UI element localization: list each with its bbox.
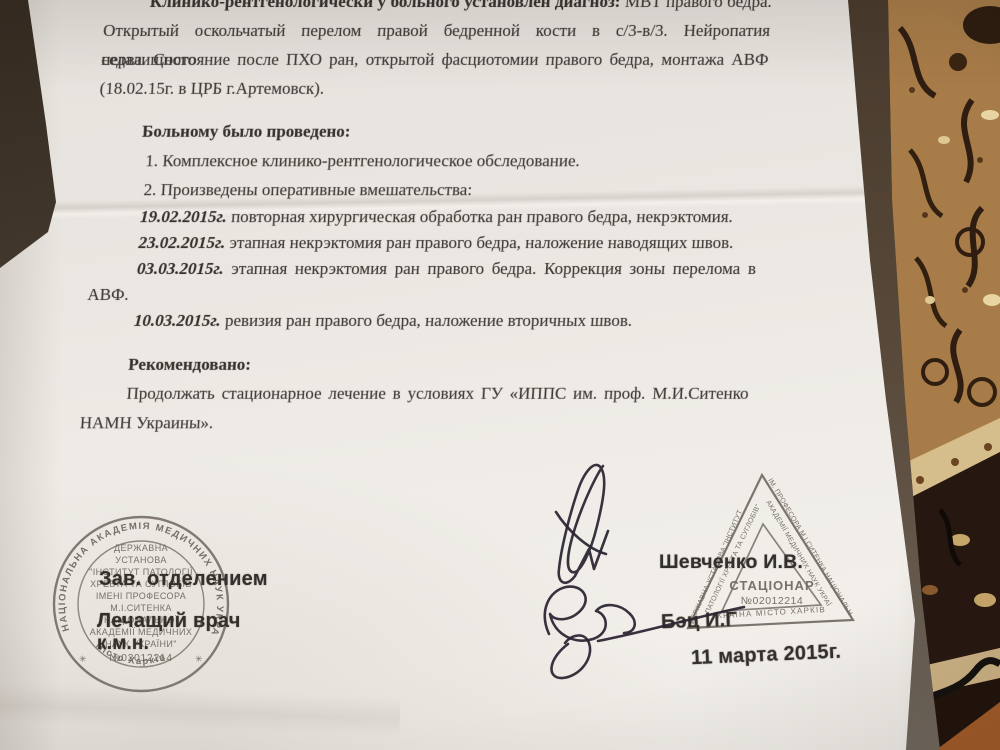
photo-scene: Клинико-рентгенологически у больного уст… <box>0 0 1000 750</box>
signature-attending-physician <box>545 587 744 678</box>
signature-head-of-department <box>556 465 608 583</box>
signatures <box>0 0 1000 750</box>
document-paper: Клинико-рентгенологически у больного уст… <box>0 0 1000 750</box>
